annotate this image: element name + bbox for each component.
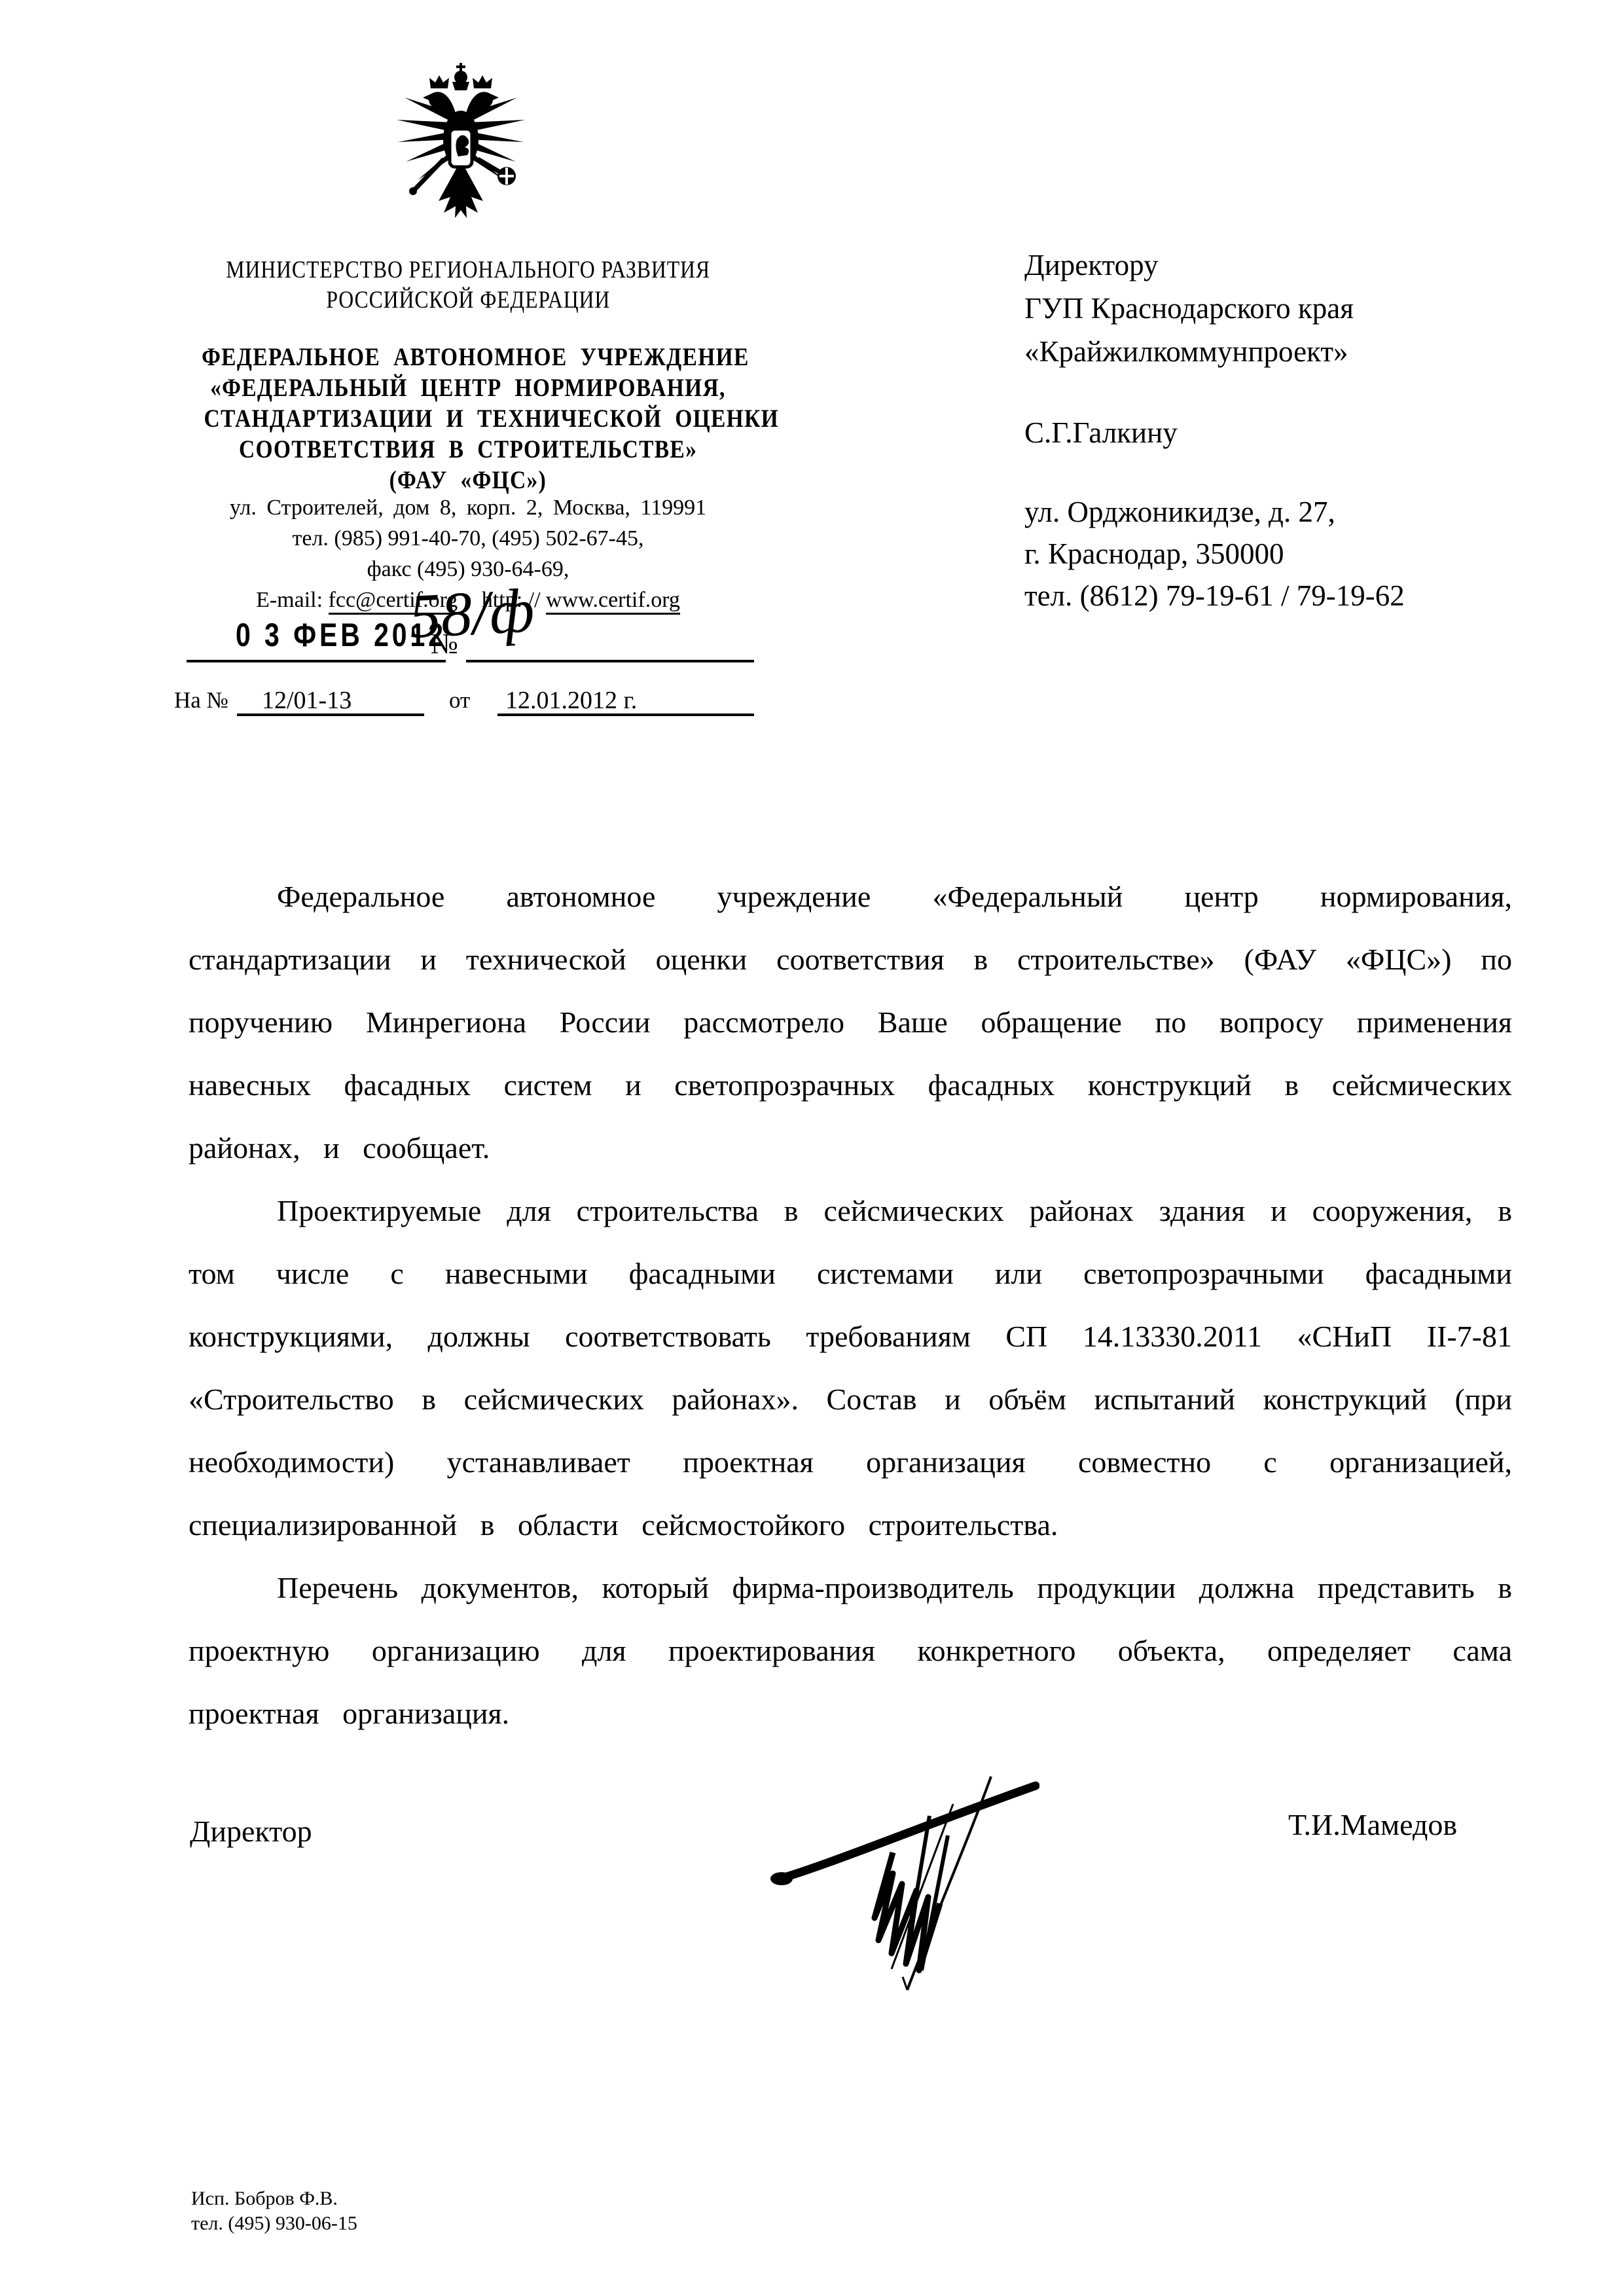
letter-body: Федеральное автономное учреждение «Федер… xyxy=(189,865,1512,1745)
handwritten-outgoing-number: 58/ф xyxy=(408,577,536,649)
signer-title: Директор xyxy=(190,1813,312,1850)
sender-address: ул. Строителей, дом 8, корп. 2, Москва, … xyxy=(157,492,779,523)
signature-scribble-icon xyxy=(758,1775,1039,1994)
email-label: E-mail: xyxy=(256,588,323,612)
org-line-2: «ФЕДЕРАЛЬНЫЙ ЦЕНТР НОРМИРОВАНИЯ, xyxy=(157,372,779,403)
recipient-org-1: ГУП Краснодарского края xyxy=(1024,287,1561,330)
ref-label: На № xyxy=(174,687,228,714)
ref-number: 12/01-13 xyxy=(262,686,352,715)
date-underline xyxy=(187,660,446,662)
executor-name: Исп. Бобров Ф.В. xyxy=(191,2186,357,2211)
recipient-org-2: «Крайжилкоммунпроект» xyxy=(1024,330,1561,373)
sender-phone: тел. (985) 991-40-70, (495) 502-67-45, xyxy=(157,523,779,554)
ministry-line-1: МИНИСТЕРСТВО РЕГИОНАЛЬНОГО РАЗВИТИЯ xyxy=(157,255,779,285)
organization-name: ФЕДЕРАЛЬНОЕ АВТОНОМНОЕ УЧРЕЖДЕНИЕ «ФЕДЕР… xyxy=(157,342,779,496)
recipient-city: г. Краснодар, 350000 xyxy=(1024,533,1561,575)
scanned-letter-page: МИНИСТЕРСТВО РЕГИОНАЛЬНОГО РАЗВИТИЯ РОСС… xyxy=(0,0,1624,2295)
ref-date: 12.01.2012 г. xyxy=(505,686,637,715)
org-line-4: СООТВЕТСТВИЯ В СТРОИТЕЛЬСТВЕ» xyxy=(157,434,779,465)
spacer xyxy=(1024,373,1561,411)
recipient-person: С.Г.Галкину xyxy=(1024,411,1561,454)
executor-block: Исп. Бобров Ф.В. тел. (495) 930-06-15 xyxy=(191,2186,357,2236)
org-line-3: СТАНДАРТИЗАЦИИ И ТЕХНИЧЕСКОЙ ОЦЕНКИ xyxy=(157,403,779,434)
recipient-title: Директору xyxy=(1024,244,1561,287)
body-paragraph-2: Проектируемые для строительства в сейсми… xyxy=(189,1180,1512,1557)
org-line-1: ФЕДЕРАЛЬНОЕ АВТОНОМНОЕ УЧРЕЖДЕНИЕ xyxy=(157,342,779,372)
recipient-street: ул. Орджоникидзе, д. 27, xyxy=(1024,491,1561,533)
signer-name: Т.И.Мамедов xyxy=(1288,1807,1457,1843)
spacer xyxy=(1024,454,1561,491)
executor-phone: тел. (495) 930-06-15 xyxy=(191,2211,357,2236)
ministry-line-2: РОССИЙСКОЙ ФЕДЕРАЦИИ xyxy=(157,285,779,316)
russian-coat-of-arms-icon xyxy=(391,61,530,221)
recipient-block: Директору ГУП Краснодарского края «Крайж… xyxy=(1024,244,1561,617)
sender-website: www.certif.org xyxy=(546,588,680,615)
ministry-header: МИНИСТЕРСТВО РЕГИОНАЛЬНОГО РАЗВИТИЯ РОСС… xyxy=(157,255,779,316)
org-line-5: (ФАУ «ФЦС») xyxy=(157,465,779,496)
ref-number-underline xyxy=(237,714,424,716)
body-paragraph-3: Перечень документов, который фирма-произ… xyxy=(189,1557,1512,1745)
recipient-phone: тел. (8612) 79-19-61 / 79-19-62 xyxy=(1024,575,1561,617)
ref-from-label: от xyxy=(449,687,470,714)
number-underline xyxy=(466,660,754,662)
body-paragraph-1: Федеральное автономное учреждение «Федер… xyxy=(189,865,1512,1180)
ref-date-underline xyxy=(497,714,754,716)
